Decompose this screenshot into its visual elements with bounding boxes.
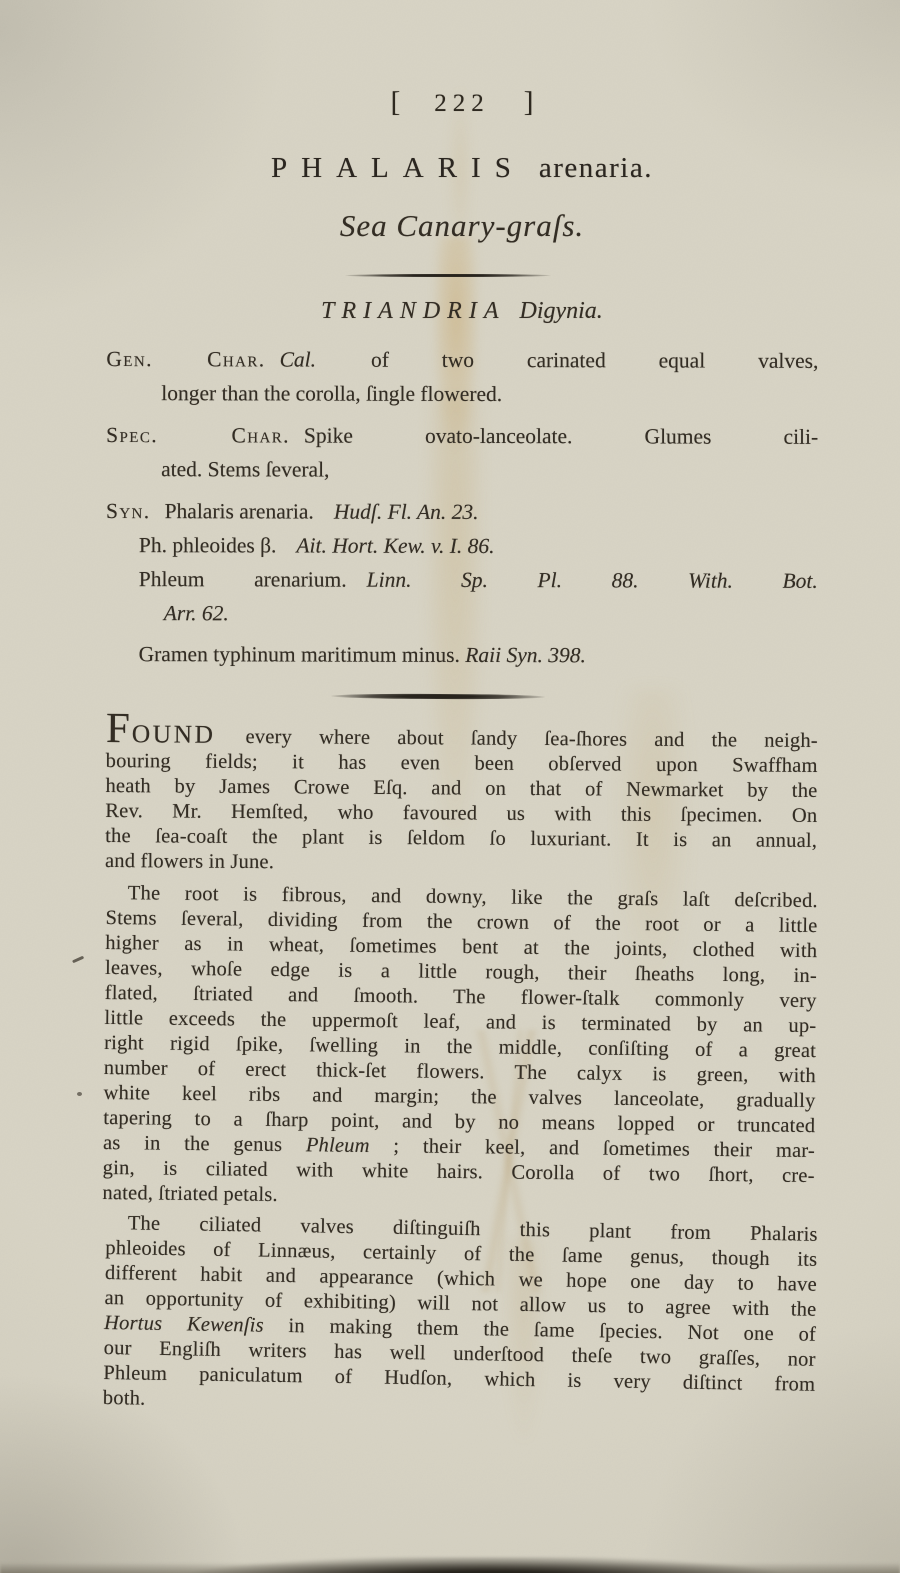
body-line: and flowers in June. (105, 849, 817, 879)
divider-rule-top (345, 274, 551, 277)
order-name: Digynia. (519, 298, 602, 324)
genus-title: PHALARIS (271, 152, 525, 184)
paragraph-discussion: The ciliated valves diſtinguiſh this pla… (103, 1211, 818, 1423)
page-bottom-edge (0, 1557, 900, 1573)
drop-initial: F (106, 705, 132, 752)
margin-pen-dot (77, 1092, 82, 1096)
syn-line-4: Arr. 62. (164, 596, 818, 632)
paragraph-found: FOUND every where about ſandy ſea-ſhores… (105, 716, 818, 879)
syn-label: Syn. (106, 499, 151, 523)
title-line: PHALARISarenaria. (106, 152, 818, 185)
gen-char-term: Cal. (280, 347, 317, 371)
syn-name-3: Phleum arenarium. (139, 567, 347, 592)
synopsis-section: Gen. Char.Cal. of two carinated equal va… (106, 342, 819, 673)
page-number-line: [222] (106, 86, 818, 119)
spec-char-line-2: ated. Stems ſeveral, (161, 452, 818, 488)
paragraph-description: The root is fibrous, and downy, like the… (102, 881, 818, 1214)
spec-char-label: Spec. Char. (106, 423, 290, 447)
class-name: TRIANDRIA (321, 298, 505, 324)
body-line: FOUND every where about ſandy ſea-ſhores… (106, 716, 818, 754)
bracket-left: [ (391, 86, 401, 118)
body-text: ; their keel, and ſometimes their mar- (370, 1135, 816, 1162)
syn-line-5: Gramen typhinum maritimum minus. Raii Sy… (139, 637, 818, 673)
syn-name-2: Ph. phleoides β. (139, 533, 277, 557)
syn-ref-2: Ait. Hort. Kew. v. I. 86. (296, 533, 494, 558)
page-content: [222] PHALARISarenaria. Sea Canary-graſs… (106, 0, 818, 1411)
common-name: Sea Canary-graſs. (106, 208, 818, 244)
bracket-right: ] (524, 86, 534, 118)
gen-char-text: of two carinated equal valves, (371, 348, 818, 373)
initial-caps: OUND (132, 719, 216, 749)
body-text: as in the genus (103, 1132, 306, 1156)
syn-ref-5: Raii Syn. 398. (465, 643, 586, 667)
syn-line-1: Syn.Phalaris arenaria.Hudſ. Fl. An. 23. (106, 494, 818, 530)
body-text: every where about ſandy ſea-ſhores and t… (245, 726, 817, 752)
gen-char-line-1: Gen. Char.Cal. of two carinated equal va… (106, 342, 818, 378)
gen-char-line-2: longer than the corolla, ſingle flowered… (161, 376, 818, 412)
syn-line-2: Ph. phleoides β.Ait. Hort. Kew. v. I. 86… (139, 528, 818, 564)
syn-name-1: Phalaris arenaria. (165, 499, 314, 523)
syn-ref-3: Linn. Sp. Pl. 88. With. Bot. (367, 568, 818, 593)
spec-char-text: Spike ovato-lanceolate. Glumes cili- (304, 424, 818, 449)
syn-line-3: Phleum arenarium.Linn. Sp. Pl. 88. With.… (139, 562, 818, 598)
class-order-line: TRIANDRIADigynia. (106, 298, 818, 325)
syn-name-5: Gramen typhinum maritimum minus. (139, 642, 460, 667)
syn-ref-1: Hudſ. Fl. An. 23. (334, 500, 479, 524)
margin-pen-dash (72, 956, 84, 963)
gen-char-label: Gen. Char. (106, 347, 265, 371)
spec-char-line-1: Spec. Char.Spike ovato-lanceolate. Glume… (106, 418, 818, 454)
species-title: arenaria. (539, 152, 653, 184)
book-page-scan: [222] PHALARISarenaria. Sea Canary-graſs… (0, 0, 900, 1573)
page-number: 222 (434, 90, 490, 117)
divider-rule-mid (331, 694, 545, 700)
book-title-italic: Hortus Kewenſis (104, 1312, 264, 1337)
genus-reference-italic: Phleum (306, 1134, 370, 1157)
